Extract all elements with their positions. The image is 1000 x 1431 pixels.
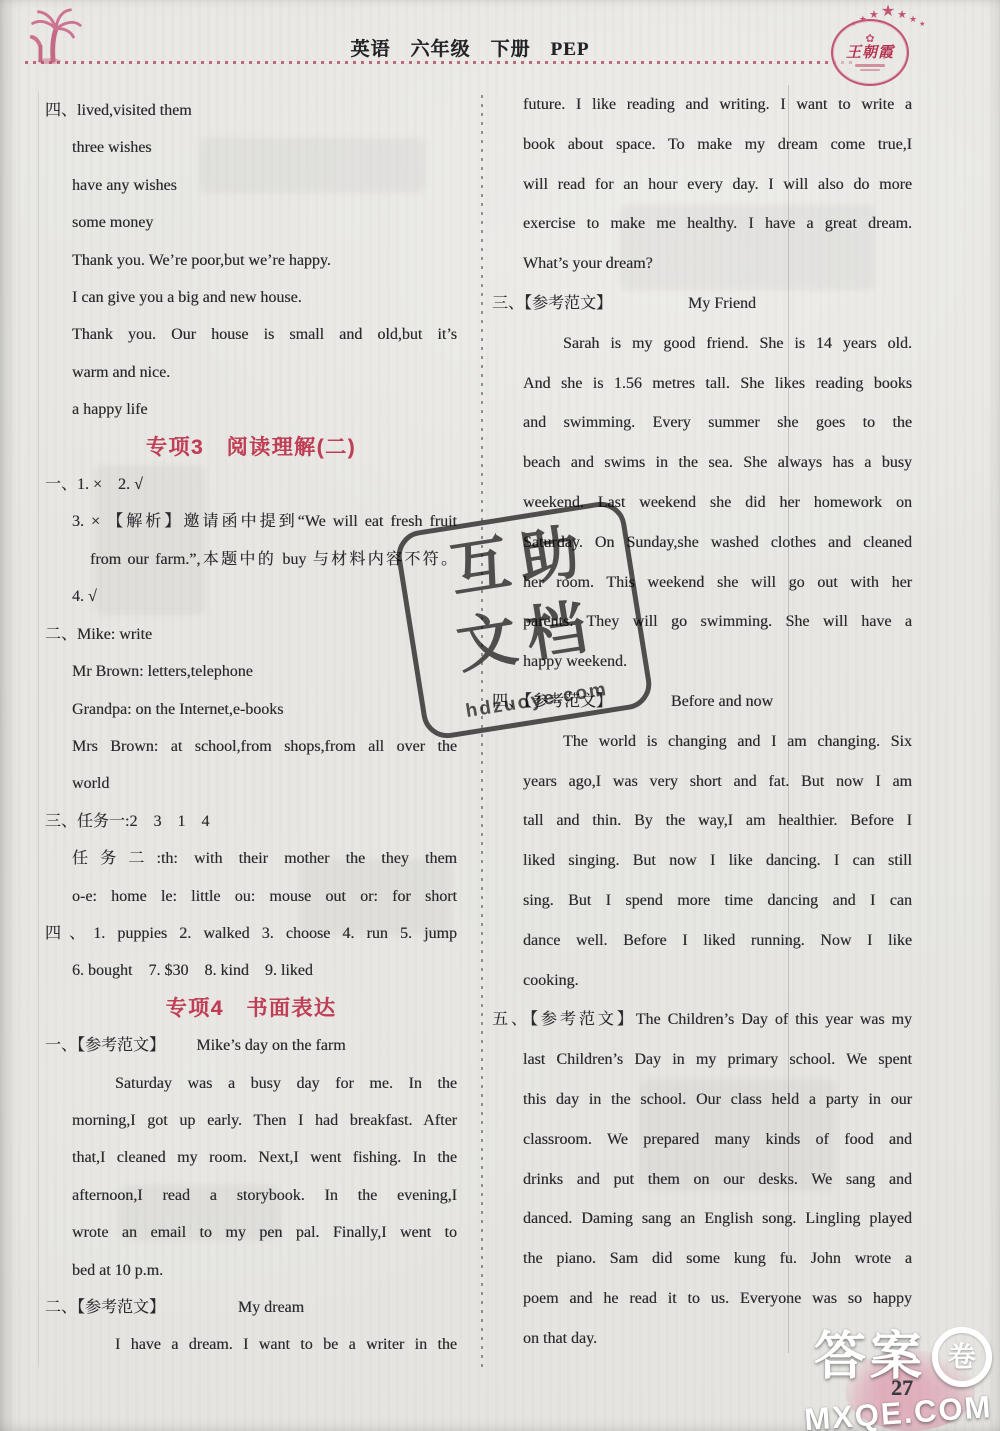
text-line: dance well. Before I liked running. Now … [492,921,912,961]
text-line: o-e: home le: little ou: mouse out or: f… [45,878,457,915]
brand-name: 王朝霞 [846,46,894,62]
text-line: What’s your dream? [492,244,912,284]
text-line: classroom. We prepared many kinds of foo… [492,1120,912,1160]
text-line: beach and swims in the sea. She always h… [492,443,912,483]
text-line: afternoon,I read a storybook. In the eve… [45,1177,457,1214]
text-line: years ago,I was very short and fat. But … [492,762,912,802]
text-line: Mr Brown: letters,telephone [45,653,457,690]
workbook-answer-page: 英语 六年级 下册 PEP ★★★★★★★ ✿ 王朝霞 四、lived,visi… [0,0,1000,1431]
text-line: will read for an hour every day. I will … [492,165,912,205]
text-line: 一、1. × 2. √ [45,466,457,503]
text-line: three wishes [45,129,457,166]
text-line: future. I like reading and writing. I wa… [492,85,912,125]
text-line: drinks and put them on our desks. We san… [492,1160,912,1200]
watermark-brand-text: 答案 [814,1331,926,1383]
item-label: 一、【参考范文】 [45,1027,165,1064]
text-line: 四、1. puppies 2. walked 3. choose 4. run … [45,915,457,952]
text-line: and swimming. Every summer she goes to t… [492,403,912,443]
text-line: wrote an email to my pen pal. Finally,I … [45,1214,457,1251]
essay-title-line: 一、【参考范文】Mike’s day on the farm [45,1027,457,1064]
text-line: poem and he read it to us. Everyone was … [492,1279,912,1319]
helper-doc-stamp-watermark: 互助 文档 hdzuoye.com [393,498,655,742]
text-line: exercise to make me healthy. I have a gr… [492,204,912,244]
text-line: Thank you. Our house is small and old,bu… [45,316,457,353]
text-line: 二、Mike: write [45,616,457,653]
text-line: 五、【参考范文】The Children’s Day of this year … [492,1000,912,1040]
text-line: world [45,765,457,802]
text-line: And she is 1.56 metres tall. She likes r… [492,364,912,404]
text-line: some money [45,204,457,241]
tiny-text-bar [855,64,885,67]
text-line: I have a dream. I want to be a writer in… [45,1326,457,1363]
left-text-column: 四、lived,visited themthree wisheshave any… [45,92,457,1364]
text-line: 四、lived,visited them [45,92,457,129]
essay-title-line: 二、【参考范文】My dream [45,1289,457,1326]
text-line: warm and nice. [45,354,457,391]
flower-emblem-icon: ✿ [865,34,874,45]
page-title: 英语 六年级 下册 PEP [0,34,940,61]
text-line: last Children’s Day in my primary school… [492,1040,912,1080]
circle-logo-icon: 卷 [932,1327,992,1387]
text-line: book about space. To make my dream come … [492,125,912,165]
brand-circle-seal: ✿ 王朝霞 [831,19,909,86]
text-line: liked singing. But now I like dancing. I… [492,841,912,881]
item-label: 三、【参考范文】 [492,284,612,324]
text-line: Saturday was a busy day for me. In the [45,1065,457,1102]
item-label: 二、【参考范文】 [45,1289,165,1326]
right-text-column: future. I like reading and writing. I wa… [492,85,912,1359]
text-line: 6. bought 7. $30 8. kind 9. liked [45,952,457,989]
scan-crease-line [788,85,789,1353]
text-line: this day in the school. Our class held a… [492,1080,912,1120]
watermark-site-text: MXQE.COM [803,1389,993,1431]
text-line: the piano. Sam did some kung fu. John wr… [492,1239,912,1279]
header-dotted-rule [25,61,853,64]
text-line: Grandpa: on the Internet,e-books [45,691,457,728]
section-heading: 专项4 书面表达 [45,990,457,1027]
brand-stamp: ★★★★★★★ ✿ 王朝霞 [826,4,950,92]
stars-decoration-icon: ★★★★★★★ [832,4,944,20]
tiny-text-bar [860,69,880,71]
section-heading: 专项3 阅读理解(二) [45,429,457,466]
text-line: 三、任务一:2 3 1 4 [45,803,457,840]
text-line: morning,I got up early. Then I had break… [45,1102,457,1139]
text-line: I can give you a big and new house. [45,279,457,316]
text-line: a happy life [45,391,457,428]
text-line: sing. But I spend more time dancing and … [492,881,912,921]
text-line: that,I cleaned my room. Next,I went fish… [45,1139,457,1176]
answer-circle-watermark: 答案 卷 MXQE.COM [804,1327,992,1425]
text-line: cooking. [492,961,912,1001]
text-line: Thank you. We’re poor,but we’re happy. [45,242,457,279]
text-line: tall and thin. By the way,I am healthier… [492,801,912,841]
essay-title-line: 三、【参考范文】My Friend [492,284,912,324]
text-line: Mrs Brown: at school,from shops,from all… [45,728,457,765]
scan-crease-line [38,92,39,1367]
text-line: Sarah is my good friend. She is 14 years… [492,324,912,364]
text-line: 4. √ [45,578,457,615]
text-line: The world is changing and I am changing.… [492,722,912,762]
text-line: bed at 10 p.m. [45,1252,457,1289]
text-line: 任务二:th: with their mother the they them [45,840,457,877]
text-line: danced. Daming sang an English song. Lin… [492,1199,912,1239]
text-line: have any wishes [45,167,457,204]
